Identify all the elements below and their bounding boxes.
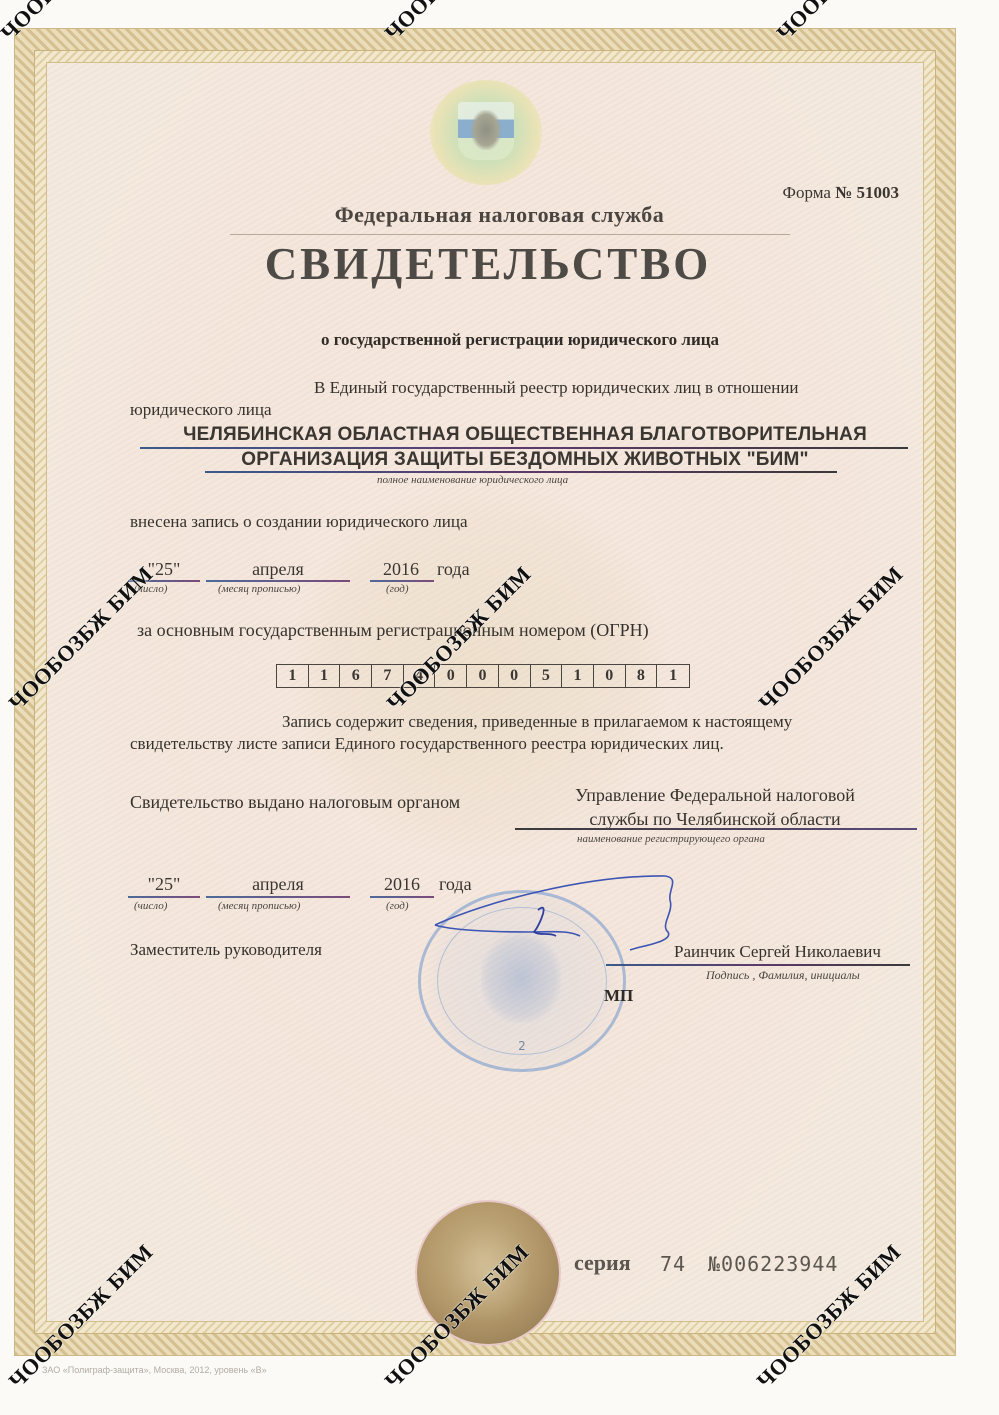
issued-by-label: Свидетельство выдано налоговым органом (130, 792, 460, 813)
authority-caption: наименование регистрирующего органа (577, 833, 765, 845)
intro-text-line2: юридического лица (130, 400, 272, 420)
ogrn-number-grid: 1167400051081 (276, 664, 690, 688)
year-caption: (год) (386, 900, 409, 912)
series-label: серия (574, 1250, 631, 1276)
month-caption: (месяц прописью) (218, 900, 300, 912)
org-name-underline (205, 471, 837, 473)
record-text: внесена запись о создании юридического л… (130, 512, 468, 532)
ogrn-digit: 1 (562, 665, 594, 687)
date-underline (370, 896, 434, 898)
date-underline (370, 580, 434, 582)
document-subtitle: о государственной регистрации юридическо… (0, 330, 999, 350)
issue-date-month: апреля (206, 874, 350, 895)
issuing-authority: Управление Федеральной налоговой службы … (515, 783, 915, 831)
organization-name-line1: ЧЕЛЯБИНСКАЯ ОБЛАСТНАЯ ОБЩЕСТВЕННАЯ БЛАГО… (0, 424, 999, 446)
signer-caption: Подпись , Фамилия, инициалы (706, 968, 860, 983)
date-underline (206, 896, 350, 898)
stamp-place-mark: МП (604, 986, 633, 1006)
record-date-year: 2016 (370, 559, 432, 580)
organization-name-line2: ОРГАНИЗАЦИЯ ЗАЩИТЫ БЕЗДОМНЫХ ЖИВОТНЫХ "Б… (0, 449, 999, 471)
signer-underline (606, 964, 910, 966)
double-eagle-crest-icon (471, 110, 501, 150)
ogrn-digit: 0 (499, 665, 531, 687)
form-number: Форма № 51003 (783, 183, 899, 203)
authority-underline (515, 828, 917, 830)
serial-number: №006223944 (708, 1252, 838, 1276)
signer-position: Заместитель руководителя (130, 940, 322, 960)
record-date-month: апреля (206, 559, 350, 580)
document-title: СВИДЕТЕЛЬСТВО (0, 238, 976, 290)
day-caption: (число) (134, 900, 167, 912)
ogrn-digit: 0 (467, 665, 499, 687)
printer-imprint: ЗАО «Полиграф-защита», Москва, 2012, уро… (42, 1365, 267, 1375)
signer-name: Раинчик Сергей Николаевич (674, 942, 881, 962)
date-underline (128, 896, 200, 898)
ogrn-digit: 0 (594, 665, 626, 687)
title-divider (230, 234, 790, 235)
month-caption: (месяц прописью) (218, 583, 300, 595)
intro-text-line1: В Единый государственный реестр юридичес… (314, 378, 799, 398)
ogrn-digit: 6 (340, 665, 372, 687)
ogrn-digit: 8 (626, 665, 658, 687)
hologram-emblem-icon (430, 80, 542, 185)
year-caption: (год) (386, 583, 409, 595)
year-suffix: года (437, 559, 470, 580)
ogrn-digit: 1 (309, 665, 341, 687)
ogrn-digit: 5 (531, 665, 563, 687)
date-underline (206, 580, 350, 582)
record-info-line2: свидетельству листе записи Единого госуд… (130, 734, 724, 754)
series-value: 74 (660, 1252, 686, 1276)
ogrn-digit: 1 (277, 665, 309, 687)
record-info-line1: Запись содержит сведения, приведенные в … (282, 712, 792, 732)
handwritten-signature-icon (430, 870, 690, 970)
org-name-caption: полное наименование юридического лица (377, 474, 568, 486)
issue-date-day: "25" (128, 874, 200, 895)
certificate-page: Форма № 51003 Федеральная налоговая служ… (0, 0, 999, 1415)
issue-date-year: 2016 (370, 874, 434, 895)
ogrn-digit: 1 (657, 665, 689, 687)
issuer-service-title: Федеральная налоговая служба (0, 202, 999, 228)
ogrn-label: за основным государственным регистрацион… (137, 620, 649, 641)
issuing-authority-line1: Управление Федеральной налоговой (515, 783, 915, 807)
